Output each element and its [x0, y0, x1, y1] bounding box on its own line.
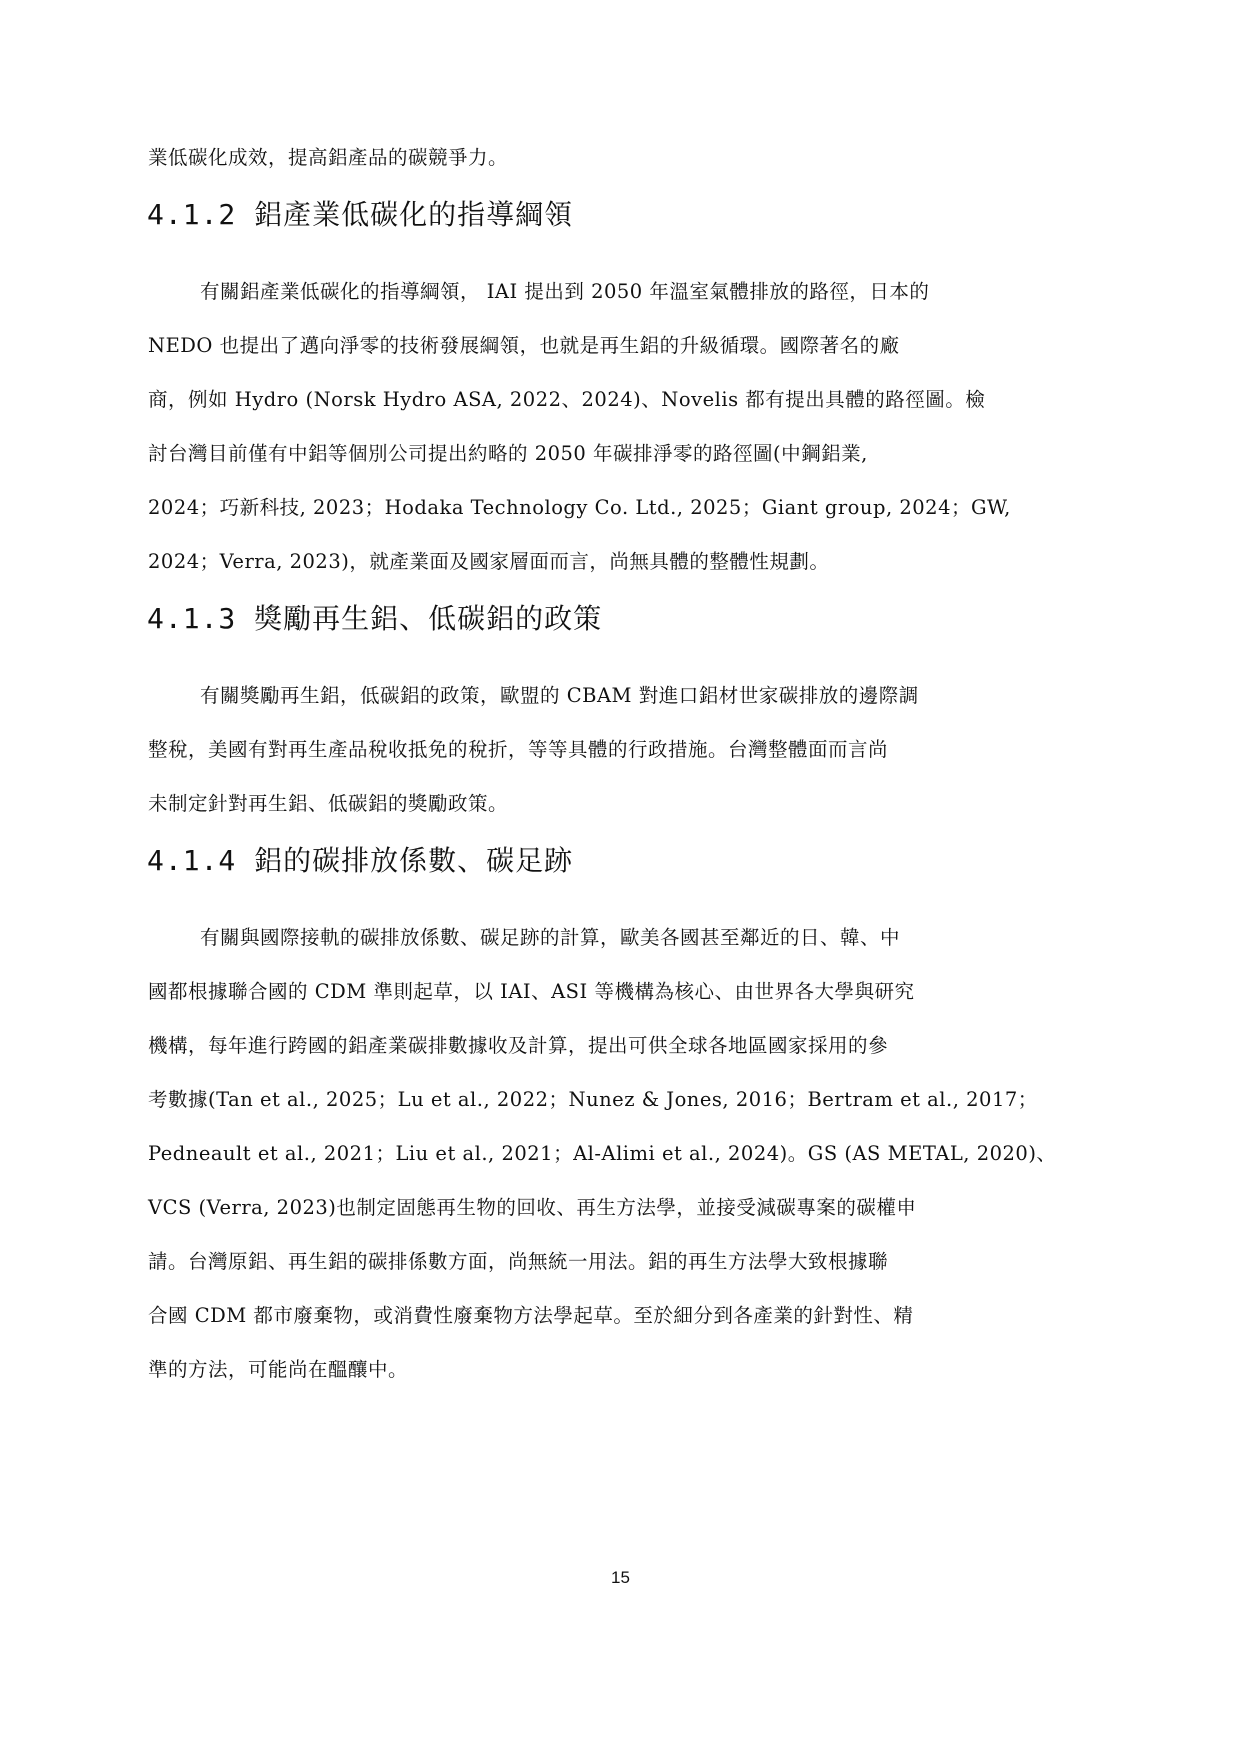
- paragraph-line: 有關獎勵再生鋁，低碳鋁的政策，歐盟的 CBAM 對進口鋁材世家碳排放的邊際調: [200, 684, 919, 708]
- paragraph-line: NEDO 也提出了邁向淨零的技術發展綱領，也就是再生鋁的升級循環。國際著名的廠: [148, 334, 900, 358]
- paragraph-line: VCS (Verra, 2023)也制定固態再生物的回收、再生方法學，並接受減碳…: [148, 1196, 916, 1220]
- paragraph-line: 機構，每年進行跨國的鋁產業碳排數據收及計算，提出可供全球各地區國家採用的參: [148, 1034, 888, 1058]
- paragraph-line: Pedneault et al., 2021；Liu et al., 2021；…: [148, 1142, 1056, 1166]
- intro-text-line: 業低碳化成效，提高鋁產品的碳競爭力。: [148, 146, 508, 170]
- paragraph-line: 合國 CDM 都市廢棄物，或消費性廢棄物方法學起草。至於細分到各產業的針對性、精: [148, 1304, 913, 1328]
- paragraph-line: 有關鋁產業低碳化的指導綱領， IAI 提出到 2050 年溫室氣體排放的路徑，日…: [200, 280, 929, 304]
- section-heading-4-1-3: 4.1.3 獎勵再生鋁、低碳鋁的政策: [147, 602, 602, 636]
- section-heading-4-1-4: 4.1.4 鋁的碳排放係數、碳足跡: [147, 844, 573, 878]
- paragraph-line: 考數據(Tan et al., 2025；Lu et al., 2022；Nun…: [148, 1088, 1038, 1112]
- paragraph-line: 討台灣目前僅有中鋁等個別公司提出約略的 2050 年碳排淨零的路徑圖(中鋼鋁業,: [148, 442, 868, 466]
- paragraph-line: 整稅，美國有對再生產品稅收抵免的稅折，等等具體的行政措施。台灣整體面而言尚: [148, 738, 888, 762]
- paragraph-line: 有關與國際接軌的碳排放係數、碳足跡的計算，歐美各國甚至鄰近的日、韓、中: [200, 926, 900, 950]
- section-heading-4-1-2: 4.1.2 鋁產業低碳化的指導綱領: [147, 198, 573, 232]
- page-number: 15: [0, 1568, 1241, 1588]
- paragraph-line: 商，例如 Hydro (Norsk Hydro ASA, 2022、2024)、…: [148, 388, 985, 412]
- paragraph-line: 請。台灣原鋁、再生鋁的碳排係數方面，尚無統一用法。鋁的再生方法學大致根據聯: [148, 1250, 888, 1274]
- paragraph-line: 未制定針對再生鋁、低碳鋁的獎勵政策。: [148, 792, 508, 816]
- paragraph-line: 準的方法，可能尚在醞釀中。: [148, 1358, 408, 1382]
- paragraph-line: 2024；Verra, 2023)，就產業面及國家層面而言，尚無具體的整體性規劃…: [148, 550, 829, 574]
- paragraph-line: 國都根據聯合國的 CDM 準則起草，以 IAI、ASI 等機構為核心、由世界各大…: [148, 980, 914, 1004]
- document-page: 業低碳化成效，提高鋁產品的碳競爭力。 4.1.2 鋁產業低碳化的指導綱領 有關鋁…: [0, 0, 1241, 1755]
- paragraph-line: 2024；巧新科技, 2023；Hodaka Technology Co. Lt…: [148, 496, 1011, 520]
